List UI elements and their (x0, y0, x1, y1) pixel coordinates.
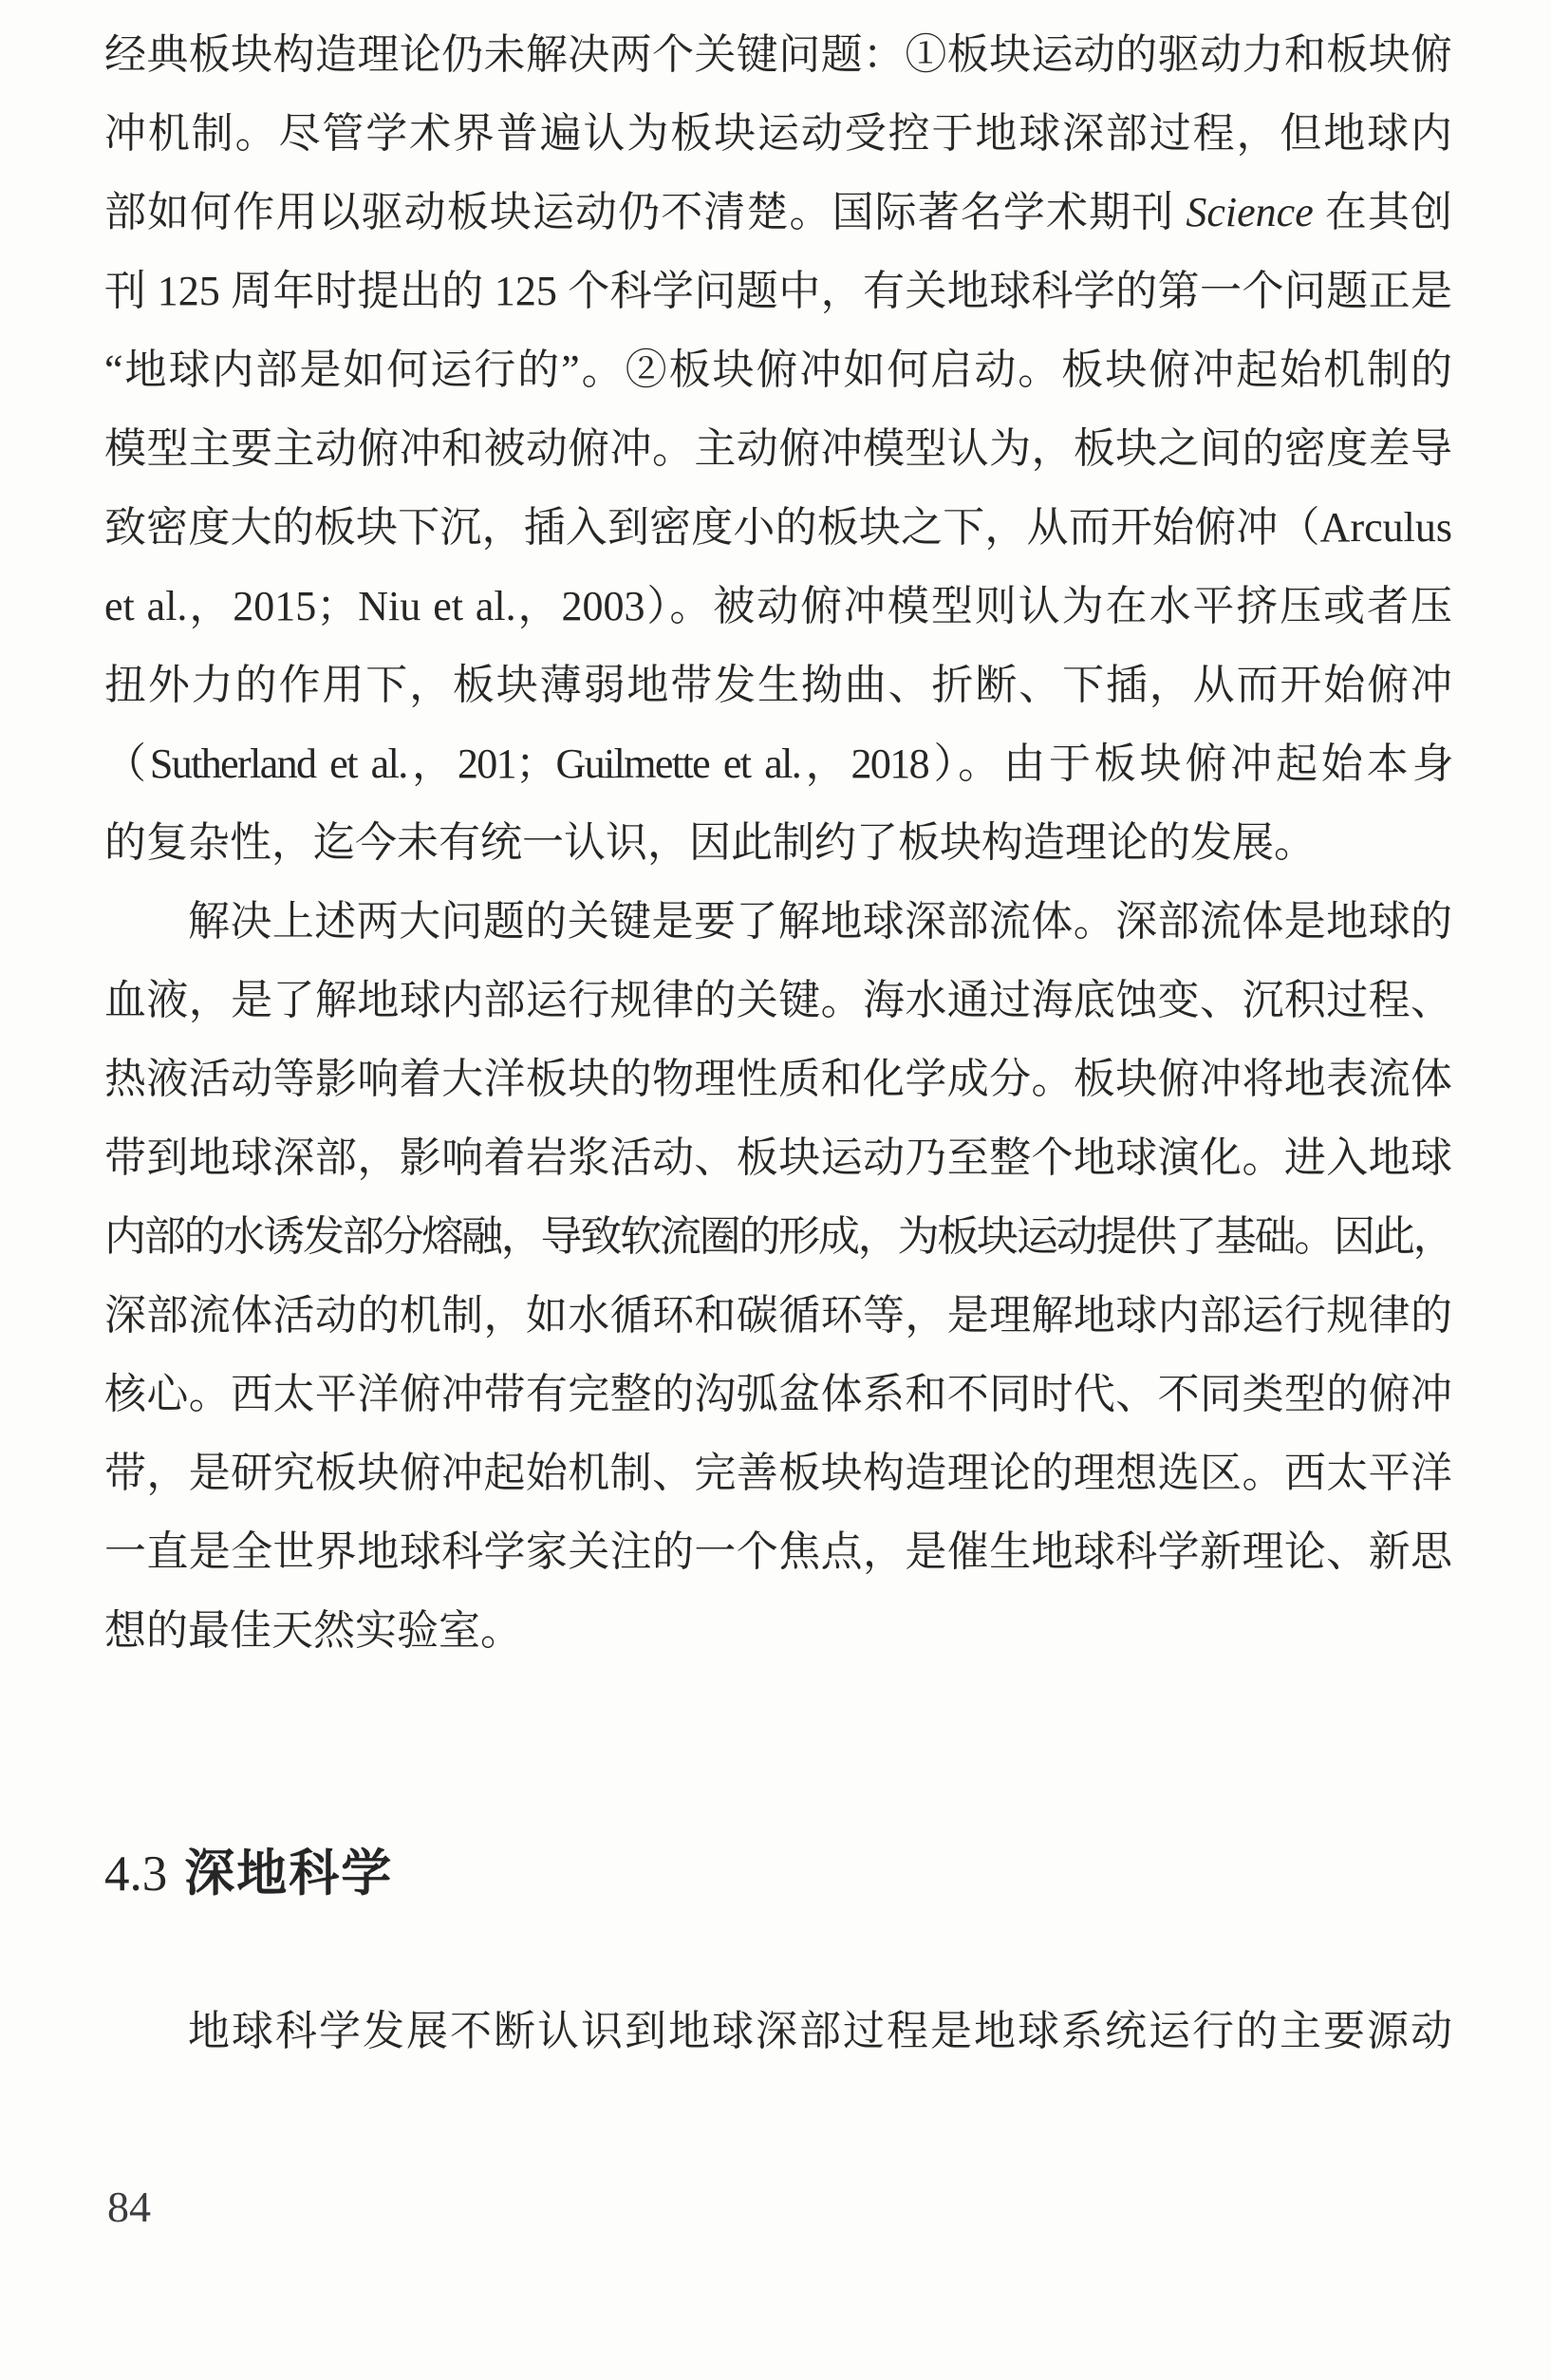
body-line: 热液活动等影响着大洋板块的物理性质和化学成分。板块俯冲将地表流体 (104, 1040, 1452, 1118)
body-line: “地球内部是如何运行的”。②板块俯冲如何启动。板块俯冲起始机制的 (104, 330, 1452, 409)
section-heading: 4.3深地科学 (104, 1843, 393, 1905)
body-line: 刊 125 周年时提出的 125 个科学问题中，有关地球科学的第一个问题正是 (104, 252, 1452, 330)
book-page: 经典板块构造理论仍未解决两个关键问题：①板块运动的驱动力和板块俯 冲机制。尽管学… (0, 0, 1551, 2380)
page-number: 84 (107, 2181, 151, 2234)
body-line: 核心。西太平洋俯冲带有完整的沟弧盆体系和不同时代、不同类型的俯冲 (104, 1355, 1452, 1434)
section-title: 深地科学 (184, 1846, 393, 1902)
section-number: 4.3 (104, 1846, 167, 1902)
body-line: 血液，是了解地球内部运行规律的关键。海水通过海底蚀变、沉积过程、 (104, 961, 1452, 1040)
body-line: 扭外力的作用下，板块薄弱地带发生拗曲、折断、下插，从而开始俯冲 (104, 646, 1452, 724)
paragraph-3: 地球科学发展不断认识到地球深部过程是地球系统运行的主要源动 (104, 1992, 1452, 2071)
body-line: 一直是全世界地球科学家关注的一个焦点，是催生地球科学新理论、新思 (104, 1512, 1452, 1591)
body-line: 经典板块构造理论仍未解决两个关键问题：①板块运动的驱动力和板块俯 (104, 15, 1452, 94)
body-line: 的复杂性，迄今未有统一认识，因此制约了板块构造理论的发展。 (104, 803, 1452, 882)
body-line: 想的最佳天然实验室。 (104, 1591, 1452, 1670)
body-text-block: 经典板块构造理论仍未解决两个关键问题：①板块运动的驱动力和板块俯 冲机制。尽管学… (104, 15, 1452, 1670)
body-line: 深部流体活动的机制，如水循环和碳循环等，是理解地球内部运行规律的 (104, 1276, 1452, 1355)
body-line: 模型主要主动俯冲和被动俯冲。主动俯冲模型认为，板块之间的密度差导 (104, 409, 1452, 488)
body-line: 致密度大的板块下沉，插入到密度小的板块之下，从而开始俯冲（Arculus (104, 488, 1452, 567)
body-line: 部如何作用以驱动板块运动仍不清楚。国际著名学术期刊 Science 在其创 (104, 173, 1452, 252)
body-line: 解决上述两大问题的关键是要了解地球深部流体。深部流体是地球的 (104, 882, 1452, 961)
body-line: 冲机制。尽管学术界普遍认为板块运动受控于地球深部过程，但地球内 (104, 94, 1452, 173)
journal-name-science: Science (1186, 189, 1313, 235)
body-line: et al.，2015；Niu et al.，2003）。被动俯冲模型则认为在水… (104, 567, 1452, 646)
body-line: （Sutherland et al.，201；Guilmette et al.，… (104, 724, 1452, 803)
paragraph-1: 经典板块构造理论仍未解决两个关键问题：①板块运动的驱动力和板块俯 冲机制。尽管学… (104, 15, 1452, 882)
body-line: 带到地球深部，影响着岩浆活动、板块运动乃至整个地球演化。进入地球 (104, 1118, 1452, 1197)
body-line: 带，是研究板块俯冲起始机制、完善板块构造理论的理想选区。西太平洋 (104, 1434, 1452, 1512)
paragraph-2: 解决上述两大问题的关键是要了解地球深部流体。深部流体是地球的 血液，是了解地球内… (104, 882, 1452, 1670)
body-line: 内部的水诱发部分熔融，导致软流圈的形成，为板块运动提供了基础。因此， (104, 1197, 1452, 1276)
body-line-segment: 在其创 (1314, 189, 1452, 235)
body-line-segment: 部如何作用以驱动板块运动仍不清楚。国际著名学术期刊 (104, 189, 1186, 235)
body-line: 地球科学发展不断认识到地球深部过程是地球系统运行的主要源动 (104, 1992, 1452, 2071)
